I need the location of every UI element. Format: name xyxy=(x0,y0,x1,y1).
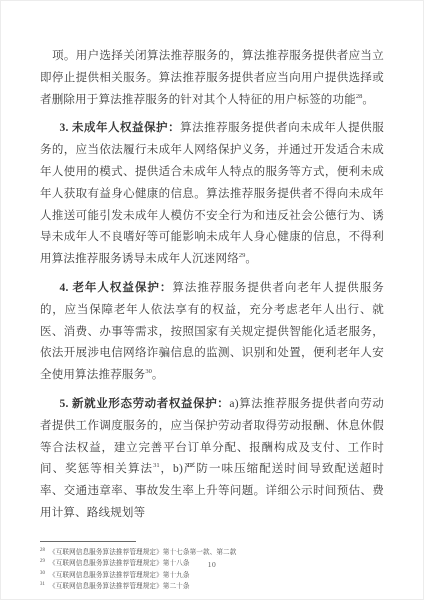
footnote-text: 《互联网信息服务算法推荐管理规定》第二十条 xyxy=(49,583,190,590)
page-number: 10 xyxy=(1,560,423,569)
footnote-marker: 28 xyxy=(40,548,45,553)
document-body: 项。用户选择关闭算法推荐服务的，算法推荐服务提供者应当立即停止提供相关服务。算法… xyxy=(1,1,423,525)
paragraph-continuation: 项。用户选择关闭算法推荐服务的，算法推荐服务提供者应当立即停止提供相关服务。算法… xyxy=(40,46,384,111)
footnote-28: 28《互联网信息服务算法推荐管理规定》第十七条第一款、第二款 xyxy=(40,546,370,557)
footnote-31: 31《互联网信息服务算法推荐管理规定》第二十条 xyxy=(40,580,370,591)
paragraph-tail: 。 xyxy=(245,253,257,265)
footnote-marker: 31 xyxy=(40,582,45,587)
paragraph-body: 项。用户选择关闭算法推荐服务的，算法推荐服务提供者应当立即停止提供相关服务。算法… xyxy=(40,50,384,106)
section-heading: 3. 未成年人权益保护： xyxy=(60,122,181,134)
paragraph-body: 算法推荐服务提供者向老年人提供服务的，应当保障老年人依法享有的权益，充分考虑老年… xyxy=(40,282,384,381)
section-heading: 4. 老年人权益保护： xyxy=(60,282,173,294)
paragraph-tail: 。 xyxy=(152,369,164,381)
footnote-marker: 30 xyxy=(40,571,45,576)
footnote-separator xyxy=(40,541,136,542)
footnote-text: 《互联网信息服务算法推荐管理规定》第十九条 xyxy=(49,572,190,579)
paragraph-minors-protection: 3. 未成年人权益保护：算法推荐服务提供者向未成年人提供服务的，应当依法履行未成… xyxy=(40,118,384,271)
paragraph-body: 算法推荐服务提供者向未成年人提供服务的，应当依法履行未成年人网络保护义务，并通过… xyxy=(40,122,384,265)
paragraph-gig-workers-protection: 5. 新就业形态劳动者权益保护：a)算法推荐服务提供者向劳动者提供工作调度服务的… xyxy=(40,394,384,525)
paragraph-tail: 。 xyxy=(362,94,374,106)
footnote-text: 《互联网信息服务算法推荐管理规定》第十七条第一款、第二款 xyxy=(49,549,236,556)
section-heading: 5. 新就业形态劳动者权益保护： xyxy=(60,398,230,410)
document-page: 项。用户选择关闭算法推荐服务的，算法推荐服务提供者应当立即停止提供相关服务。算法… xyxy=(0,0,424,600)
paragraph-elderly-protection: 4. 老年人权益保护：算法推荐服务提供者向老年人提供服务的，应当保障老年人依法享… xyxy=(40,278,384,387)
footnote-30: 30《互联网信息服务算法推荐管理规定》第十九条 xyxy=(40,569,370,580)
